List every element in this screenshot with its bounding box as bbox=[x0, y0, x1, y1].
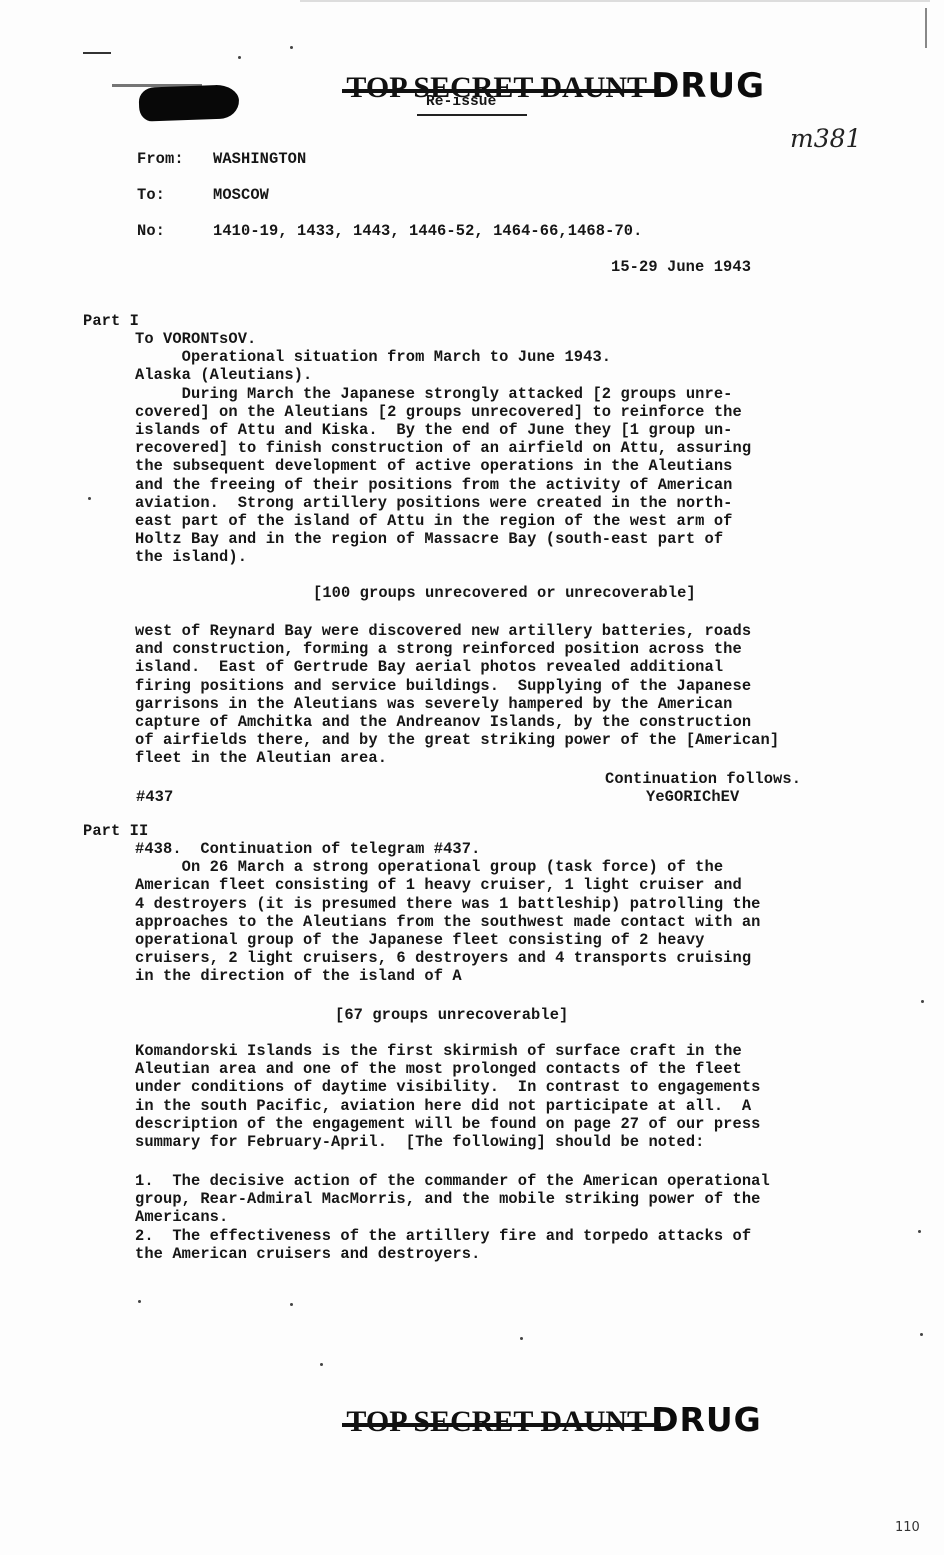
text-line: covered] on the Aleutians [2 groups unre… bbox=[135, 403, 751, 421]
text-line: During March the Japanese strongly attac… bbox=[135, 385, 751, 403]
part-1-gap-note: [100 groups unrecovered or unrecoverable… bbox=[313, 584, 696, 602]
text-line: firing positions and service buildings. … bbox=[135, 677, 779, 695]
classification-footer: TOP SECRET DAUNTDRUG bbox=[308, 1382, 762, 1457]
text-line: the island). bbox=[135, 548, 751, 566]
struck-classification: TOP SECRET DAUNT bbox=[346, 1405, 647, 1439]
text-line: #438. Continuation of telegram #437. bbox=[135, 840, 761, 858]
handwritten-reference: m381 bbox=[790, 124, 861, 153]
scan-speck bbox=[238, 56, 241, 59]
text-line: and construction, forming a strong reinf… bbox=[135, 640, 779, 658]
scan-speck bbox=[290, 1303, 293, 1306]
scan-speck bbox=[921, 1000, 924, 1003]
part-2-body-continued: Komandorski Islands is the first skirmis… bbox=[135, 1042, 761, 1151]
list-line: 2. The effectiveness of the artillery fi… bbox=[135, 1227, 770, 1245]
text-line: the subsequent development of active ope… bbox=[135, 457, 751, 475]
text-line: of airfields there, and by the great str… bbox=[135, 731, 779, 749]
scan-speck bbox=[88, 497, 91, 500]
part-1-label: Part I bbox=[83, 312, 139, 330]
from-value: WASHINGTON bbox=[213, 150, 306, 168]
text-line: under conditions of daytime visibility. … bbox=[135, 1078, 761, 1096]
to-label: To: bbox=[137, 186, 165, 204]
text-line: Alaska (Aleutians). bbox=[135, 366, 751, 384]
list-line: 1. The decisive action of the commander … bbox=[135, 1172, 770, 1190]
text-line: To VORONTsOV. bbox=[135, 330, 751, 348]
text-line: garrisons in the Aleutians was severely … bbox=[135, 695, 779, 713]
reissue-label: Re-issue bbox=[426, 93, 496, 111]
text-line: island. East of Gertrude Bay aerial phot… bbox=[135, 658, 779, 676]
struck-classification: TOP SECRET DAUNT bbox=[346, 71, 647, 105]
text-line: American fleet consisting of 1 heavy cru… bbox=[135, 876, 761, 894]
scan-speck bbox=[138, 1300, 141, 1303]
part-2-body: #438. Continuation of telegram #437. On … bbox=[135, 840, 761, 986]
noted-points-list: 1. The decisive action of the commander … bbox=[135, 1172, 770, 1263]
scan-mark bbox=[83, 52, 111, 54]
text-line: On 26 March a strong operational group (… bbox=[135, 858, 761, 876]
scan-speck bbox=[290, 46, 293, 49]
text-line: Komandorski Islands is the first skirmis… bbox=[135, 1042, 761, 1060]
part-1-body: To VORONTsOV. Operational situation from… bbox=[135, 330, 751, 567]
list-line: the American cruisers and destroyers. bbox=[135, 1245, 770, 1263]
text-line: description of the engagement will be fo… bbox=[135, 1115, 761, 1133]
scan-edge-right bbox=[925, 8, 927, 48]
reissue-underline bbox=[417, 114, 527, 116]
from-label: From: bbox=[137, 150, 184, 168]
list-line: group, Rear-Admiral MacMorris, and the m… bbox=[135, 1190, 770, 1208]
text-line: in the direction of the island of A bbox=[135, 967, 761, 985]
scan-speck bbox=[918, 1230, 921, 1233]
continuation-note: Continuation follows. bbox=[605, 770, 801, 788]
text-line: islands of Attu and Kiska. By the end of… bbox=[135, 421, 751, 439]
signature: YeGORIChEV bbox=[646, 788, 739, 806]
text-line: fleet in the Aleutian area. bbox=[135, 749, 779, 767]
text-line: Holtz Bay and in the region of Massacre … bbox=[135, 530, 751, 548]
redaction-blot bbox=[138, 84, 239, 121]
text-line: approaches to the Aleutians from the sou… bbox=[135, 913, 761, 931]
list-line: Americans. bbox=[135, 1208, 770, 1226]
text-line: west of Reynard Bay were discovered new … bbox=[135, 622, 779, 640]
text-line: east part of the island of Attu in the r… bbox=[135, 512, 751, 530]
to-value: MOSCOW bbox=[213, 186, 269, 204]
replacement-classification: DRUG bbox=[651, 1400, 762, 1439]
part-2-label: Part II bbox=[83, 822, 148, 840]
text-line: in the south Pacific, aviation here did … bbox=[135, 1097, 761, 1115]
date: 15-29 June 1943 bbox=[611, 258, 751, 276]
text-line: 4 destroyers (it is presumed there was 1… bbox=[135, 895, 761, 913]
telegram-number: #437 bbox=[136, 788, 173, 806]
scan-speck bbox=[920, 1333, 923, 1336]
page-number: 110 bbox=[895, 1520, 920, 1535]
classification-header: TOP SECRET DAUNTDRUG bbox=[308, 48, 765, 88]
text-line: operational group of the Japanese fleet … bbox=[135, 931, 761, 949]
text-line: summary for February-April. [The followi… bbox=[135, 1133, 761, 1151]
number-value: 1410-19, 1433, 1443, 1446-52, 1464-66,14… bbox=[213, 222, 642, 240]
part-1-body-continued: west of Reynard Bay were discovered new … bbox=[135, 622, 779, 768]
scan-edge bbox=[300, 0, 930, 2]
text-line: Aleutian area and one of the most prolon… bbox=[135, 1060, 761, 1078]
text-line: Operational situation from March to June… bbox=[135, 348, 751, 366]
scan-speck bbox=[520, 1337, 523, 1340]
text-line: capture of Amchitka and the Andreanov Is… bbox=[135, 713, 779, 731]
document-page: TOP SECRET DAUNTDRUG Re-issue m381 From:… bbox=[0, 0, 944, 1555]
part-2-gap-note: [67 groups unrecoverable] bbox=[335, 1006, 568, 1024]
replacement-classification: DRUG bbox=[651, 66, 765, 106]
text-line: aviation. Strong artillery positions wer… bbox=[135, 494, 751, 512]
text-line: and the freeing of their positions from … bbox=[135, 476, 751, 494]
scan-speck bbox=[320, 1363, 323, 1366]
text-line: cruisers, 2 light cruisers, 6 destroyers… bbox=[135, 949, 761, 967]
number-label: No: bbox=[137, 222, 165, 240]
text-line: recovered] to finish construction of an … bbox=[135, 439, 751, 457]
